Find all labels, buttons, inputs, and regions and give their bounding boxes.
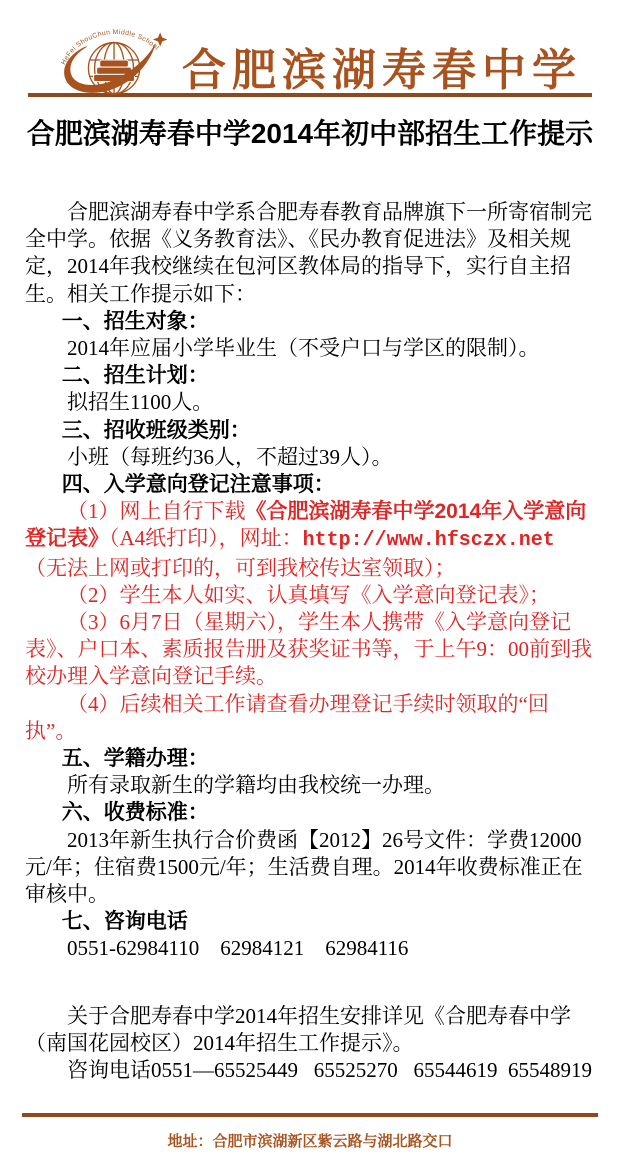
item-1-text-mid: （A4纸打印），网址： [109,526,303,550]
footer-divider [22,1113,598,1117]
section-1-body: 2014年应届小学毕业生（不受户口与学区的限制）。 [25,335,595,362]
section-4-item-4: （4）后续相关工作请查看办理登记手续时领取的“回执”。 [25,691,595,745]
section-3-heading: 三、招收班级类别： [25,417,595,444]
section-1-heading: 一、招生对象： [25,308,595,335]
section-7-heading: 七、咨询电话 [25,908,595,935]
section-6-heading: 六、收费标准： [25,799,595,826]
section-4-item-3: （3）6月7日（星期六），学生本人携带《入学意向登记表》、户口本、素质报告册及获… [25,609,595,691]
school-website-url: http://www.hfsczx.net [303,529,555,552]
notice-page: HeFei ShouChun Middle School 合肥滨湖寿春中学 合肥… [0,0,620,1168]
section-4-item-1: （1）网上自行下载《合肥滨湖寿春中学2014年入学意向登记表》（A4纸打印），网… [25,498,595,582]
section-4-heading: 四、入学意向登记注意事项： [25,471,595,498]
section-4-item-2: （2）学生本人如实、认真填写《入学意向登记表》； [25,582,595,609]
section-2-heading: 二、招生计划： [25,362,595,389]
school-name: 合肥滨湖寿春中学 [172,34,592,98]
section-2-body: 拟招生1100人。 [25,389,595,416]
closing-phone-numbers: 咨询电话0551—65525449 65525270 65544619 6554… [25,1057,595,1084]
section-5-heading: 五、学籍办理： [25,745,595,772]
consult-phone-numbers: 0551-62984110 62984121 62984116 [25,935,595,962]
section-6-body: 2013年新生执行合价费函【2012】26号文件：学费12000元/年；住宿费1… [25,827,595,909]
footer-address: 地址：合肥市滨湖新区紫云路与湖北路交口 [0,1130,620,1151]
item-1-text: （1）网上自行下载 [67,499,246,523]
school-logo: HeFei ShouChun Middle School [48,18,176,102]
intro-paragraph: 合肥滨湖寿春中学系合肥寿春教育品牌旗下一所寄宿制完全中学。依据《义务教育法》、《… [25,199,595,308]
section-5-body: 所有录取新生的学籍均由我校统一办理。 [25,772,595,799]
item-1-text-post: （无法上网或打印的，可到我校传达室领取）； [25,556,456,580]
page-title: 合肥滨湖寿春中学2014年初中部招生工作提示 [0,112,620,152]
section-3-body: 小班（每班约36人，不超过39人）。 [25,444,595,471]
closing-paragraph: 关于合肥寿春中学2014年招生安排详见《合肥寿春中学（南国花园校区）2014年招… [25,1003,595,1057]
notice-body: 合肥滨湖寿春中学系合肥寿春教育品牌旗下一所寄宿制完全中学。依据《义务教育法》、《… [25,199,595,1084]
school-logo-graphic: HeFei ShouChun Middle School [48,18,176,102]
